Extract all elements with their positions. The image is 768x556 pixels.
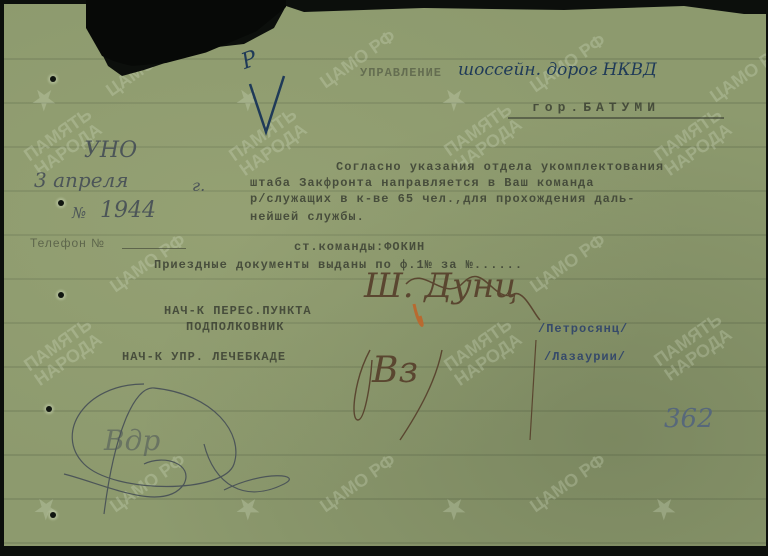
commander-line: ст.команды:ФОКИН xyxy=(294,240,425,254)
watermark-archive: ЦАМО РФ xyxy=(707,41,768,106)
body-line-4: нейшей службы. xyxy=(250,210,365,224)
star-icon: ★ xyxy=(439,494,468,522)
checkmark-icon xyxy=(248,74,288,138)
punch-hole xyxy=(58,292,64,298)
watermark-archive: ЦАМО РФ xyxy=(317,451,399,516)
body-line-2: штаба Закфронта направляется в Ваш коман… xyxy=(250,176,594,190)
signer1-title-line2: ПОДПОЛКОВНИК xyxy=(186,320,284,334)
signer1-title-line1: НАЧ-К ПЕРЕС.ПУНКТА xyxy=(164,304,312,318)
registration-number: 1944 xyxy=(100,198,156,223)
pencil-resolution: Вдр xyxy=(104,424,160,457)
registration-unit: УНО xyxy=(84,138,137,163)
addressee-prefix: УПРАВЛЕНИЕ xyxy=(360,66,442,80)
document-paper: ЦАМО РФ ЦАМО РФ ЦАМО РФ ЦАМО РФ ЦАМО РФ … xyxy=(4,4,766,546)
city-underline xyxy=(508,117,724,119)
signer1-name-stamp: /Петросянц/ xyxy=(538,322,628,336)
registration-date: 3 апреля xyxy=(34,168,129,192)
city: гор.БАТУМИ xyxy=(532,100,660,115)
corner-mark: Р xyxy=(238,46,260,75)
page-number: 362 xyxy=(664,404,714,434)
watermark-project: ПАМЯТЬНАРОДА xyxy=(651,310,735,384)
star-icon: ★ xyxy=(29,85,58,113)
signer1-signature-flourish xyxy=(404,264,544,334)
phone-label: Телефон № xyxy=(30,236,105,250)
body-line-3: р/служащих в к-ве 65 чел.,для прохождени… xyxy=(250,192,635,206)
punch-hole xyxy=(58,200,64,206)
signer2-title-line1: НАЧ-К УПР. ЛЕЧЕБКАДЕ xyxy=(122,350,286,364)
watermark-archive: ЦАМО РФ xyxy=(527,451,609,516)
phone-field-line xyxy=(122,248,186,249)
watermark-archive: ЦАМО РФ xyxy=(317,27,399,92)
star-icon: ★ xyxy=(439,85,468,113)
addressee-handwritten: шоссейн. дорог НКВД xyxy=(458,60,657,80)
registration-number-prefix: № xyxy=(72,204,86,222)
punch-hole xyxy=(50,76,56,82)
signer2-name-stamp: /Лазаурии/ xyxy=(544,350,626,364)
signer2-signature-flourish xyxy=(350,340,470,450)
star-icon: ★ xyxy=(649,494,678,522)
registration-year-suffix: г. xyxy=(192,176,205,195)
body-line-1: Согласно указания отдела укомплектования xyxy=(336,160,664,174)
pencil-resolution-scribble xyxy=(44,374,304,534)
